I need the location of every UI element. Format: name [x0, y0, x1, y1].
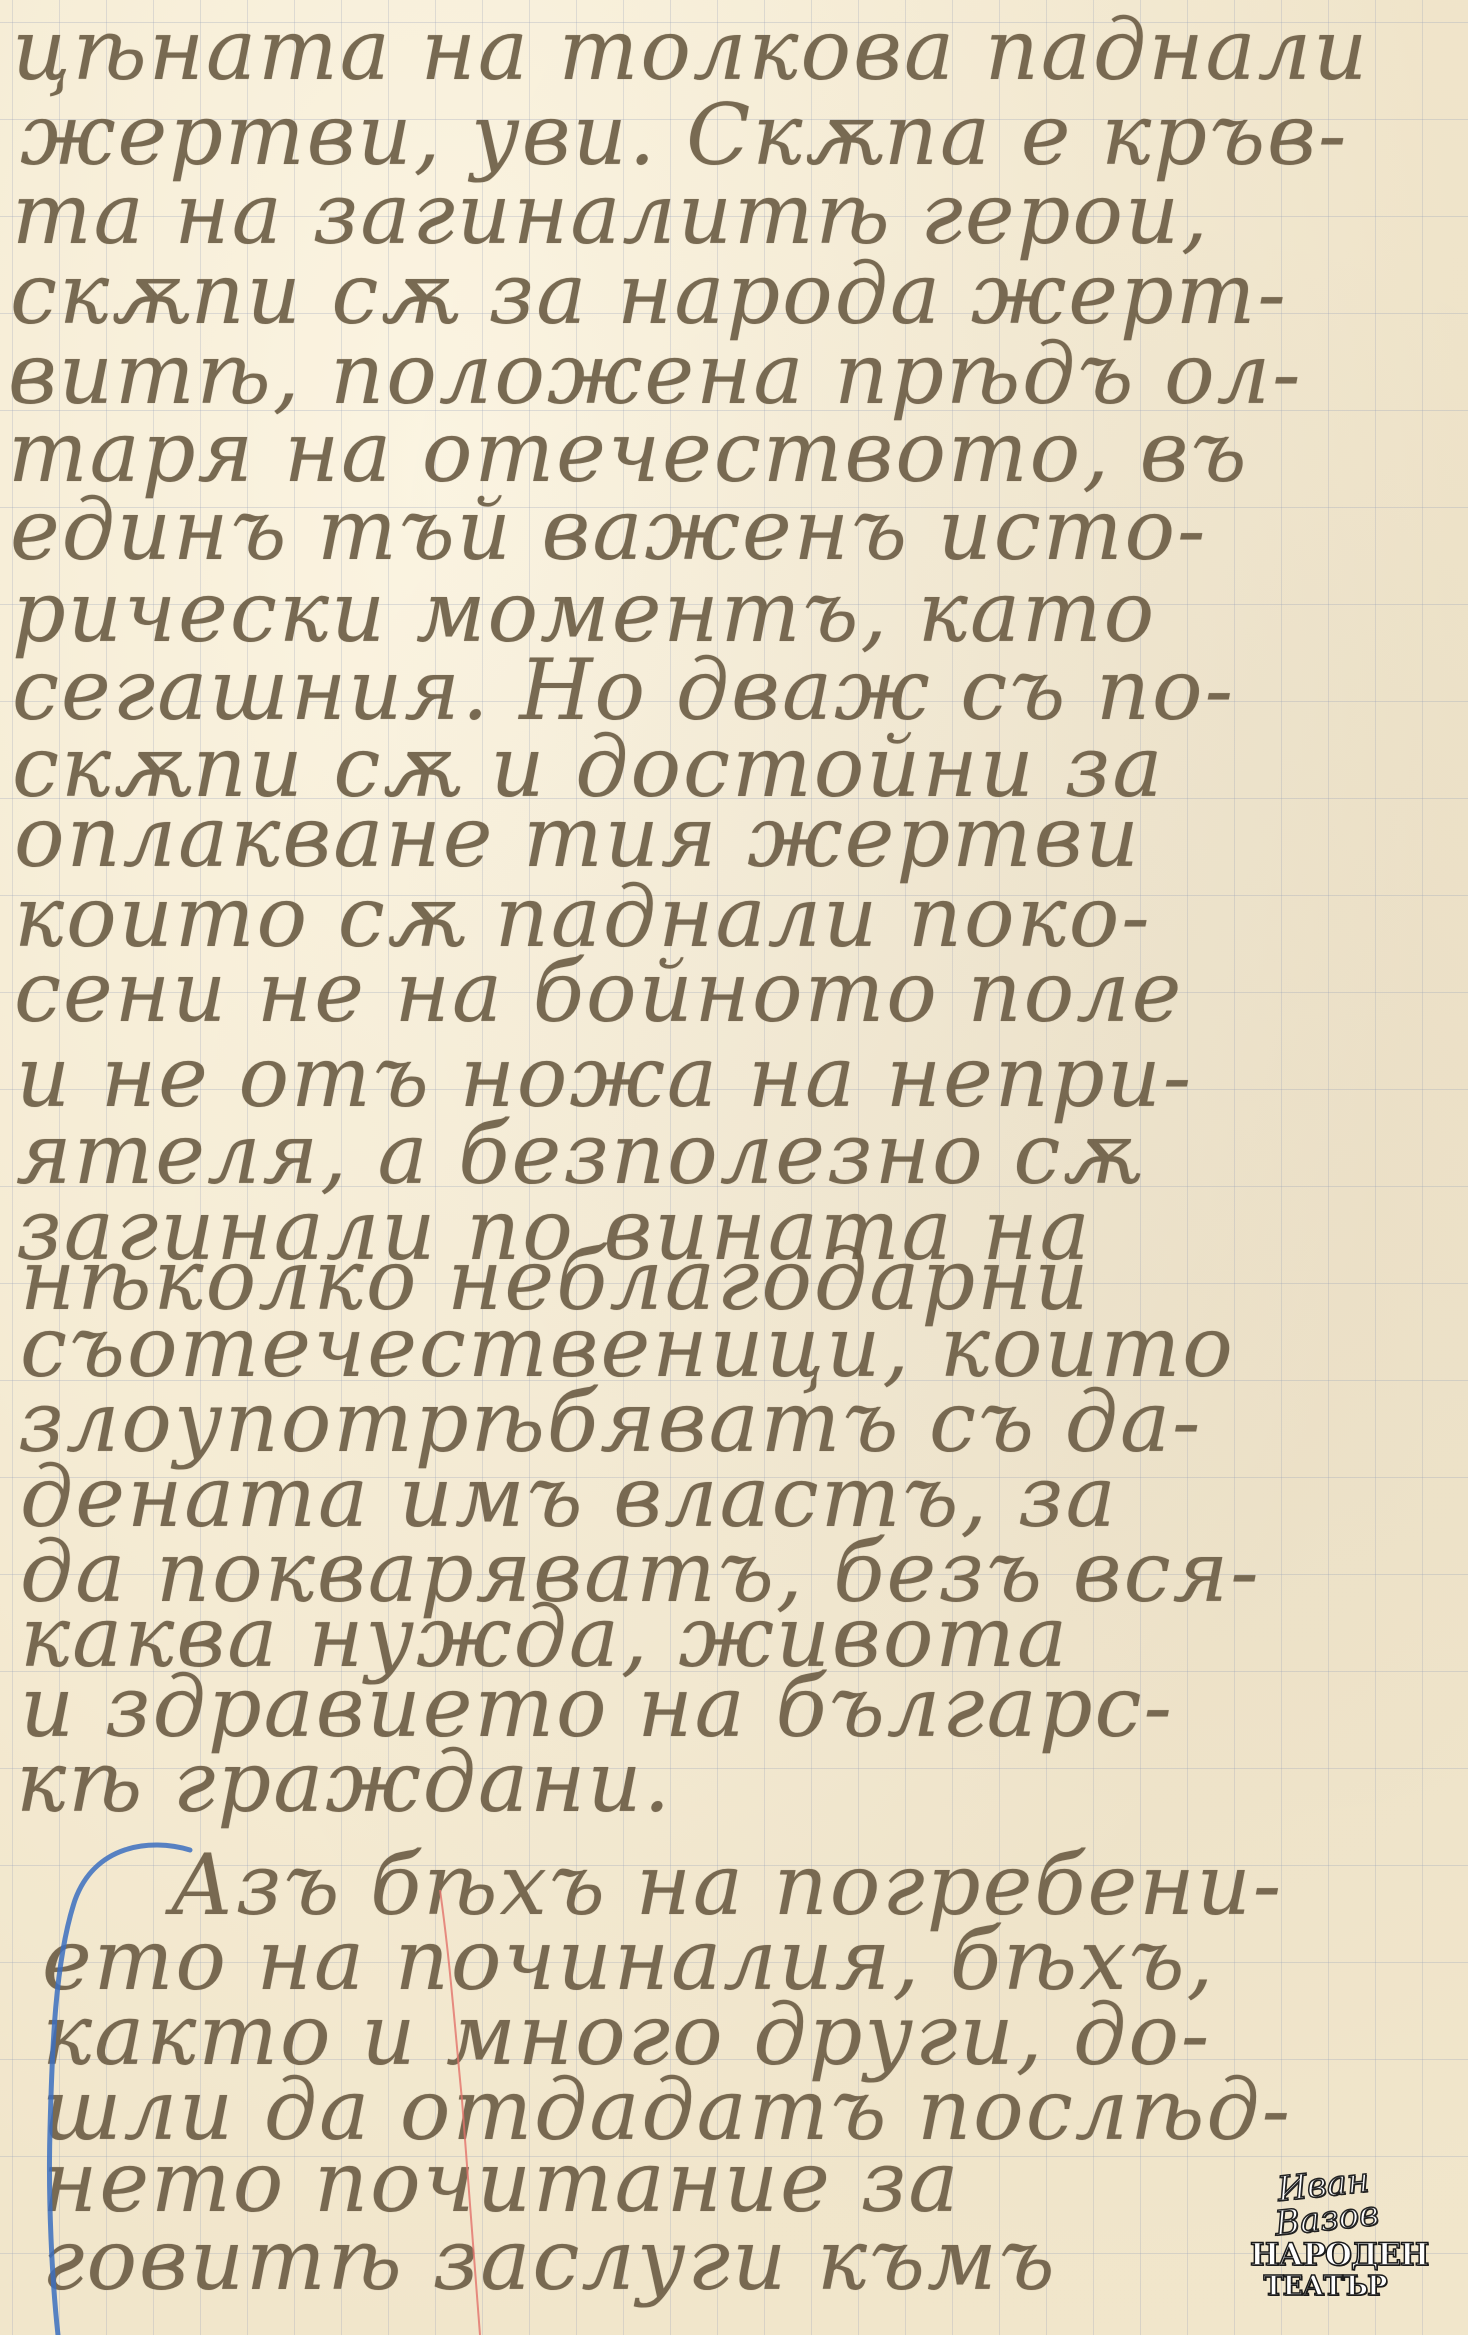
national-theatre-watermark: Иван Вазов НАРОДЕН ТЕАТЪР [1250, 2168, 1400, 2308]
watermark-line-1: НАРОДЕН [1250, 2240, 1400, 2271]
red-pencil-line [440, 1890, 480, 2335]
margin-pencil-marks [0, 0, 1468, 2335]
watermark-script-name: Иван Вазов [1247, 2160, 1403, 2243]
watermark-line-2: ТЕАТЪР [1250, 2273, 1400, 2300]
blue-pencil-bracket [49, 1845, 190, 2335]
